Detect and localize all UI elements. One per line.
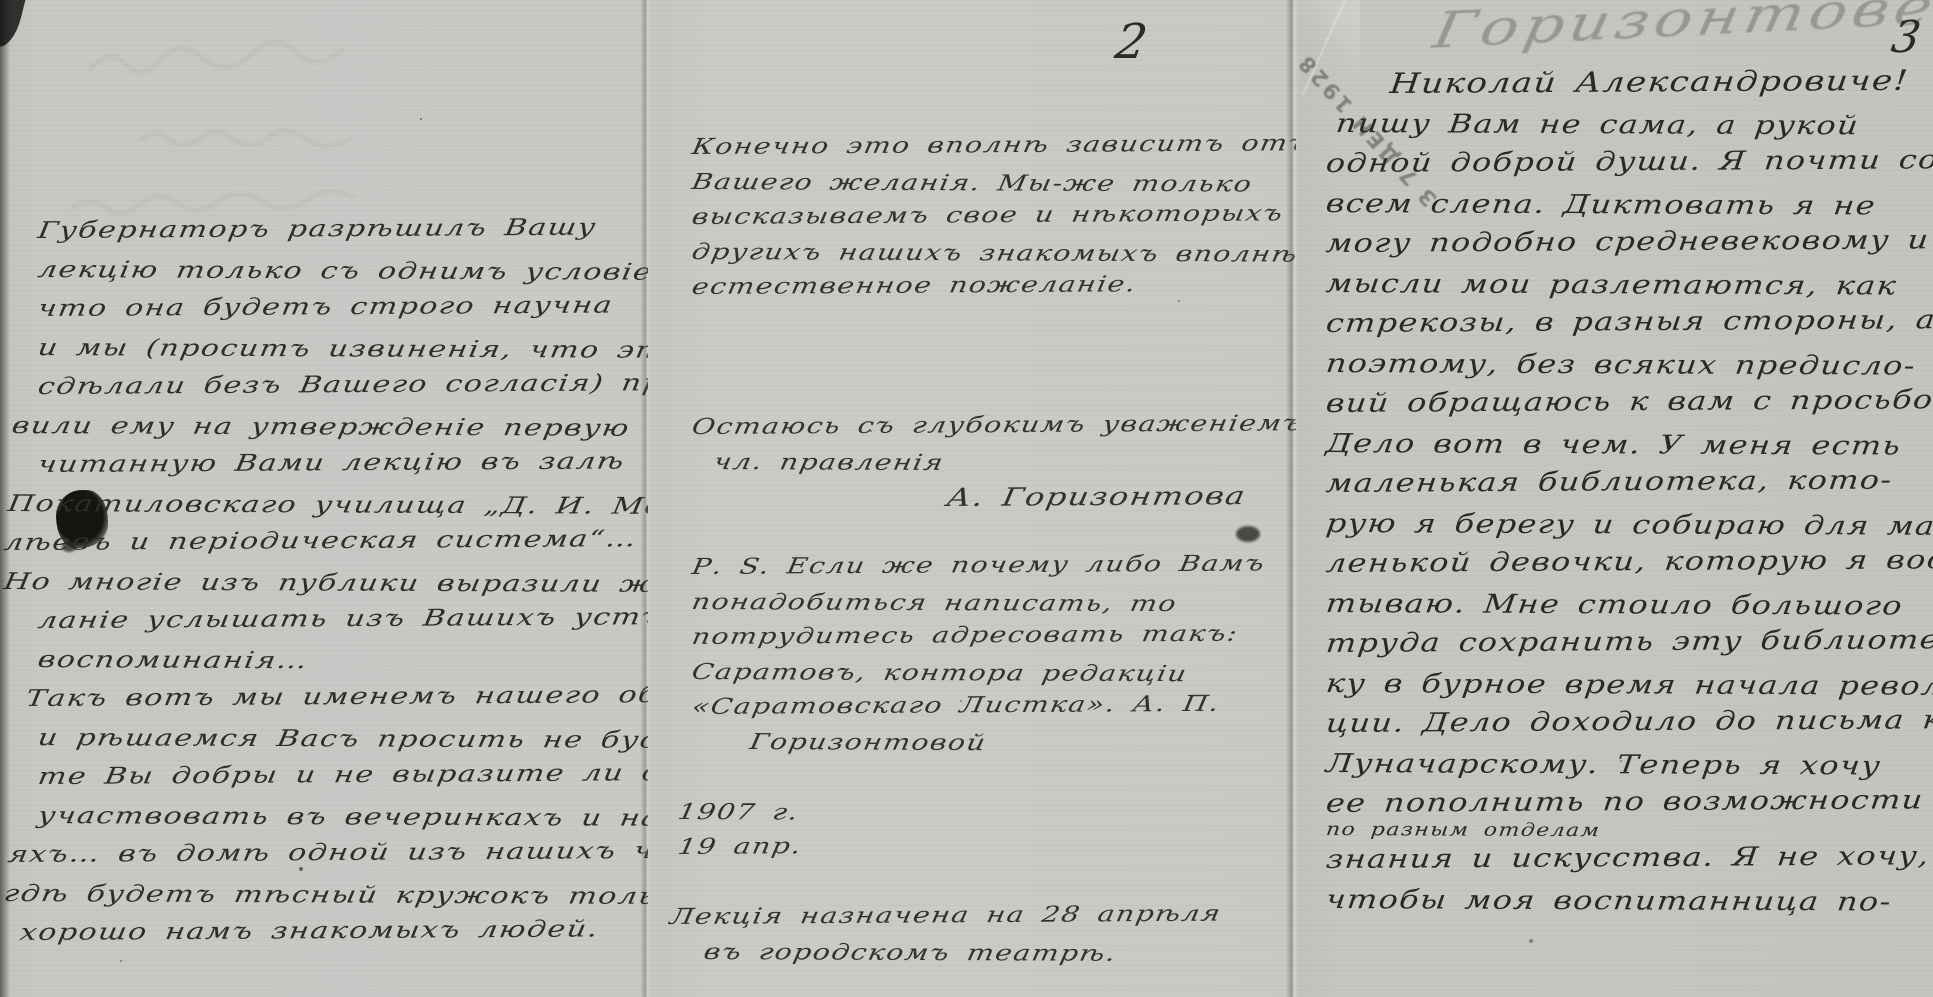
bleedthrough-ghost-writing xyxy=(30,20,590,240)
handwritten-line: чл. правленія xyxy=(711,445,1296,483)
page-left-text: Губернаторъ разрѣшилъ Вашулекцію только … xyxy=(38,212,614,953)
page-right-text: Николай Александровиче!пишу Вам не сама,… xyxy=(1326,64,1880,920)
handwritten-line: одной доброй души. Я почти со- xyxy=(1324,140,1933,184)
letter-scan: Губернаторъ разрѣшилъ Вашулекцію только … xyxy=(0,0,1933,997)
handwritten-line: маленькая библиотека, кото- xyxy=(1324,460,1933,504)
handwritten-line: Горизонтовой xyxy=(747,725,1296,762)
handwritten-line: Губернаторъ разрѣшилъ Вашу xyxy=(35,207,648,251)
handwritten-line: въ городскомъ театрѣ. xyxy=(701,935,1296,973)
handwritten-line: Конечно это вполнѣ зависитъ отъ xyxy=(689,126,1296,165)
ink-smudge xyxy=(1236,526,1260,542)
handwritten-line: знания и искусства. Я не хочу, xyxy=(1324,836,1933,880)
handwritten-line: Николай Александровиче! xyxy=(1388,60,1933,104)
handwritten-line: хорошо намъ знакомыхъ людей. xyxy=(17,909,648,953)
paper-speckles xyxy=(0,0,2,2)
page-middle-text: Конечно это вполнѣ зависитъ отъВашего же… xyxy=(692,130,1181,970)
handwritten-line: читанную Вами лекцію въ залѣ xyxy=(35,441,648,485)
handwritten-line: что она будетъ строго научна xyxy=(35,285,648,329)
handwritten-line: чтобы моя воспитанница по- xyxy=(1324,880,1933,923)
handwritten-line: ции. Дело доходило до письма к xyxy=(1324,700,1933,744)
pencil-annotation: Горизонтове xyxy=(1429,0,1933,60)
handwritten-line: естественное пожеланіе. xyxy=(689,266,1296,305)
letter-page-right: Горизонтове З 7 ДЕН 1928 3 Николай Алекс… xyxy=(1296,0,1933,997)
handwritten-line: сдѣлали безъ Вашего согласія) предста- xyxy=(35,363,648,407)
handwritten-line: Р. S. Если же почему либо Вамъ xyxy=(689,546,1296,585)
handwritten-line: могу подобно средневековому и xyxy=(1324,220,1933,264)
handwritten-line: ленькой девочки, которую я воспи- xyxy=(1324,540,1933,584)
handwritten-line: Такъ вотъ мы именемъ нашего об-ва xyxy=(23,675,648,719)
handwritten-line: яхъ… въ домѣ одной изъ нашихъ членовъ xyxy=(5,831,648,875)
handwritten-line: лѣевъ и періодическая система“… xyxy=(1,519,648,563)
handwritten-line: те Вы добры и не выразите ли согласія xyxy=(35,753,648,797)
handwritten-line: «Саратовскаго Листка». А. П. xyxy=(689,686,1296,725)
letter-page-middle: 2 Конечно это вполнѣ зависитъ отъВашего … xyxy=(648,0,1296,997)
page-number: 2 xyxy=(1112,14,1151,70)
handwritten-line: высказываемъ свое и нѣкоторыхъ xyxy=(689,196,1296,235)
scan-edge-shadow xyxy=(0,0,10,997)
handwritten-line: Остаюсь съ глубокимъ уваженіемъ xyxy=(689,406,1296,445)
handwritten-line: вий обращаюсь к вам с просьбой. xyxy=(1324,380,1933,424)
handwritten-line: труда сохранить эту библиоте- xyxy=(1324,620,1933,664)
letter-page-left: Губернаторъ разрѣшилъ Вашулекцію только … xyxy=(0,0,648,997)
handwritten-line: ее пополнить по возможности xyxy=(1324,780,1933,824)
handwritten-line: А. Горизонтова xyxy=(944,478,1249,515)
handwritten-line: стрекозы, в разныя стороны, а xyxy=(1324,300,1933,344)
handwritten-line: потрудитесь адресовать такъ: xyxy=(689,616,1296,655)
handwritten-line: ланіе услышать изъ Вашихъ устъ xyxy=(35,597,648,641)
handwritten-line: Лекція назначена на 28 апрѣля xyxy=(667,896,1296,935)
handwritten-line: 19 апр. xyxy=(675,826,1296,865)
